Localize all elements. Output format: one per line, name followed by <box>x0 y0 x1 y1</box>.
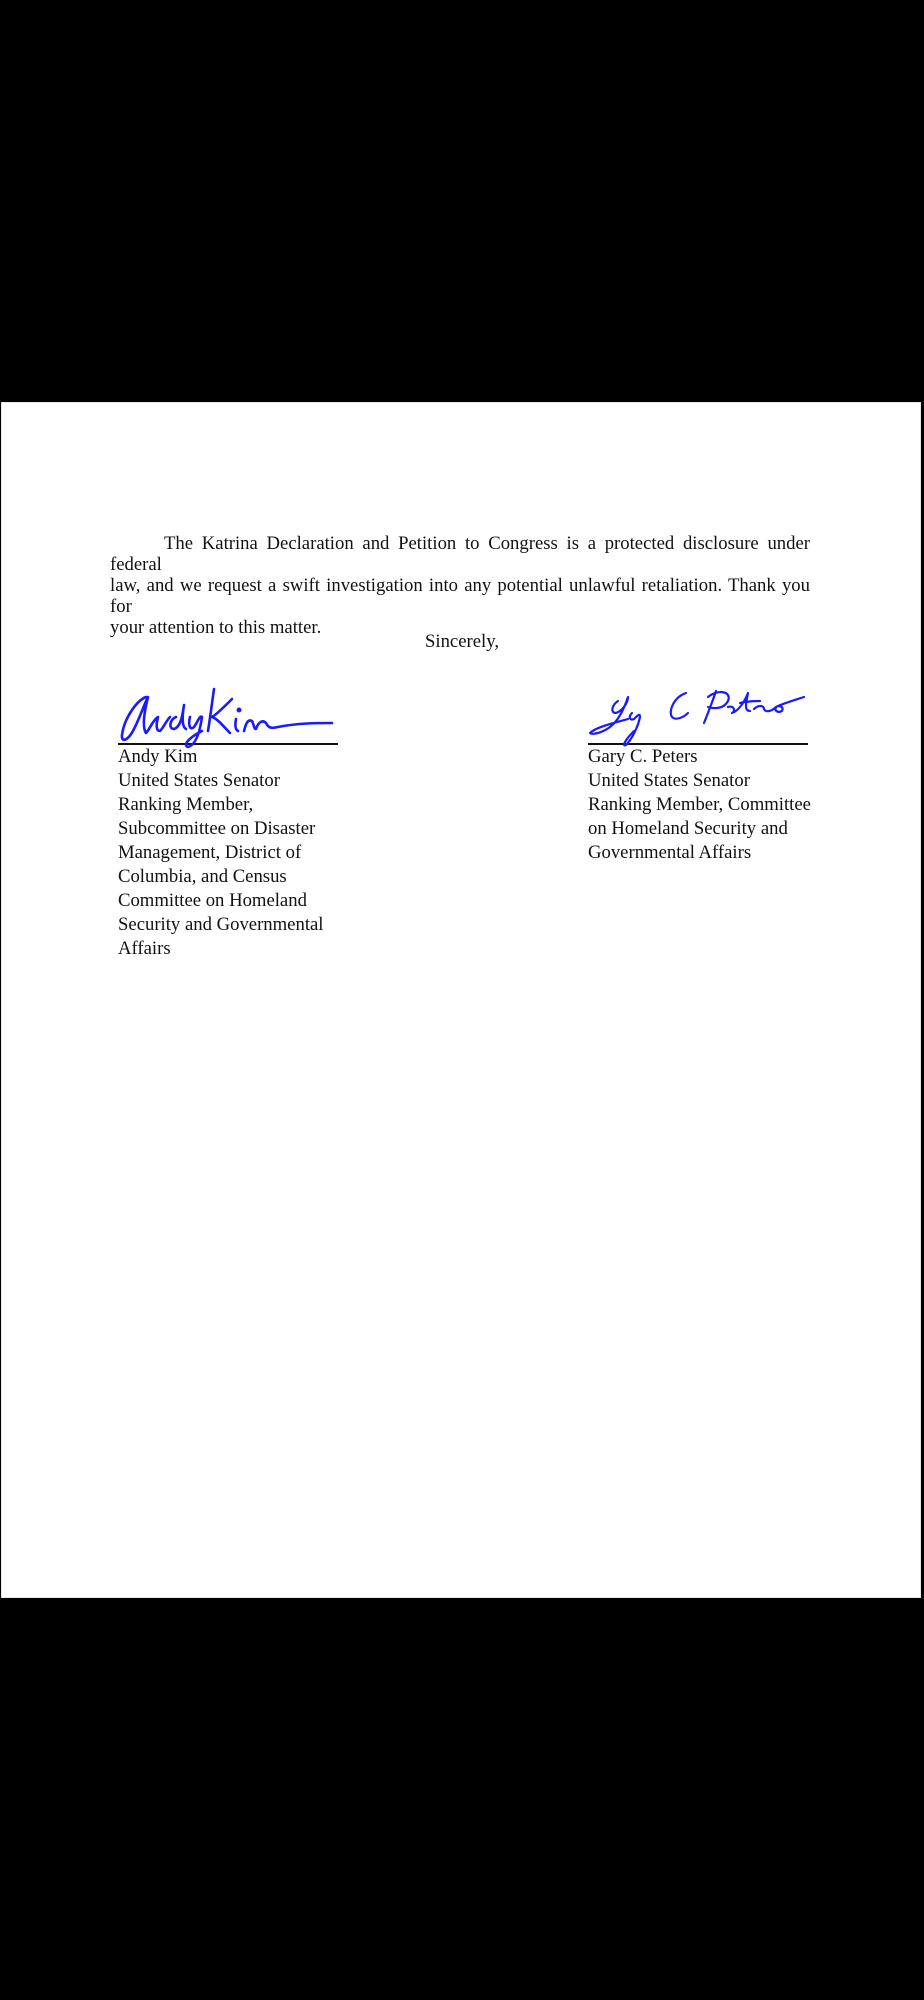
signature-line <box>588 683 808 745</box>
signatory-role: Security and Governmental <box>118 913 358 937</box>
closing-salutation: Sincerely, <box>2 631 922 652</box>
paragraph-line: law, and we request a swift investigatio… <box>110 575 810 617</box>
signatory-role: Subcommittee on Disaster <box>118 817 358 841</box>
signature-line <box>118 683 338 745</box>
signature-block-gary-peters: Gary C. Peters United States Senator Ran… <box>588 683 828 865</box>
signatory-title: United States Senator <box>588 769 828 793</box>
document-page: The Katrina Declaration and Petition to … <box>1 402 921 1598</box>
signatory-details: Andy Kim United States Senator Ranking M… <box>118 745 358 961</box>
signatory-role: Ranking Member, <box>118 793 358 817</box>
signatory-role: Affairs <box>118 937 358 961</box>
signature-block-andy-kim: Andy Kim United States Senator Ranking M… <box>118 683 358 961</box>
signatory-role: Governmental Affairs <box>588 841 828 865</box>
signatory-role: Ranking Member, Committee <box>588 793 828 817</box>
handwritten-signature-icon <box>118 683 338 743</box>
signatory-role: Management, District of <box>118 841 358 865</box>
signatory-title: United States Senator <box>118 769 358 793</box>
body-paragraph: The Katrina Declaration and Petition to … <box>110 533 810 638</box>
signatory-name: Andy Kim <box>118 745 358 769</box>
signatory-details: Gary C. Peters United States Senator Ran… <box>588 745 828 865</box>
signatory-role: on Homeland Security and <box>588 817 828 841</box>
signatory-name: Gary C. Peters <box>588 745 828 769</box>
paragraph-line: The Katrina Declaration and Petition to … <box>110 533 810 575</box>
handwritten-signature-icon <box>588 683 808 743</box>
signatory-role: Columbia, and Census <box>118 865 358 889</box>
signatory-role: Committee on Homeland <box>118 889 358 913</box>
